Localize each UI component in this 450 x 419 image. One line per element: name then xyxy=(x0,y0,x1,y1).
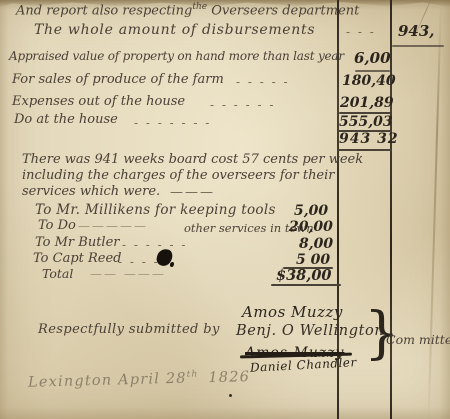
committee-label: Com mittee xyxy=(386,333,450,347)
ledger-row-label: Appraised value of property on hand more… xyxy=(9,50,344,63)
board-note-line-2: including the charges of the overseers f… xyxy=(22,169,335,183)
disbursements-total-amount: 943, xyxy=(398,23,435,40)
heading-line-1-pre: And report also respecting xyxy=(16,3,192,18)
service-row-amount: 20,00 xyxy=(289,220,333,235)
ink-speck xyxy=(229,394,232,397)
year-text: 1826 xyxy=(208,369,250,386)
paper-crease xyxy=(427,0,441,419)
submitted-by-label: Respectfully submitted by xyxy=(38,323,220,337)
total-rule xyxy=(271,284,341,286)
amount-rule xyxy=(355,70,390,72)
caret-insert: the xyxy=(192,2,207,12)
service-row-label: To Mr. Millikens for keeping tools xyxy=(35,203,276,218)
service-total-dashes: —— ——— xyxy=(90,268,166,281)
board-note-line-1: There was 941 weeks board cost 57 cents … xyxy=(22,153,363,167)
ledger-row-dashes: - - - - - - xyxy=(210,99,275,112)
service-row-amount: 8,00 xyxy=(299,237,333,252)
board-note-line-3: services which were. xyxy=(22,185,160,199)
place-text: Lexington April 28 xyxy=(28,371,187,391)
service-total-label: Total xyxy=(42,267,73,281)
board-note-dash: ——— xyxy=(170,186,215,200)
amount-rule xyxy=(392,45,444,47)
heading-line-1-post: Overseers department xyxy=(211,3,359,18)
heading-line-2-dashes: - - - xyxy=(346,26,376,39)
ledger-row-dashes: - - - - - xyxy=(236,76,290,89)
ledger-row-label: For sales of produce of the farm xyxy=(12,73,224,87)
signature-benj-wellington: Benj. O Wellington xyxy=(236,324,384,340)
heading-line-1: And report also respectingthe Overseers … xyxy=(16,3,359,19)
sum-rule xyxy=(337,149,392,151)
ledger-row-amount: 201,89 xyxy=(340,96,394,111)
service-row-dashes: ————— xyxy=(78,220,148,233)
service-total-amount: $38,00 xyxy=(276,268,332,284)
ledger-row-amount: 180,40 xyxy=(342,74,396,89)
signature-daniel-chandler: Daniel Chandler xyxy=(250,356,357,375)
ledger-grand-total: 943 32 xyxy=(339,132,399,147)
ledger-row-amount: 6,00 xyxy=(354,50,391,67)
ledger-row-dashes: - - - - - - - xyxy=(134,117,211,130)
signature-amos-muzzy: Amos Muzzy xyxy=(242,304,343,321)
service-row-label: To Mr Butler xyxy=(35,236,120,250)
ledger-row-amount: 555,03 xyxy=(339,115,393,130)
heading-line-2: The whole amount of disbursements xyxy=(34,23,315,38)
place-date-line: Lexington April 28th 1826 xyxy=(28,369,250,392)
date-superscript: th xyxy=(187,369,199,379)
service-row-amount: 5,00 xyxy=(294,204,328,219)
ledger-row-label: Expenses out of the house xyxy=(12,95,185,109)
service-row-dashes: - - - - - - xyxy=(122,239,187,252)
service-row-label: To Do xyxy=(38,219,76,233)
ledger-row-label: Do at the house xyxy=(14,113,118,127)
manuscript-page: And report also respectingthe Overseers … xyxy=(0,0,450,419)
service-row-label: To Capt Reed xyxy=(33,252,122,266)
ink-blot-small xyxy=(170,262,174,267)
